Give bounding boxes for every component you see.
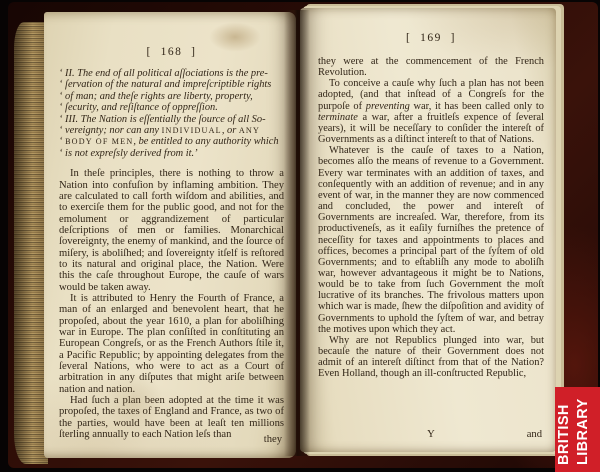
quote-line: ‘ is not expreſsly derived from it.’ bbox=[59, 148, 284, 159]
text-run: Had ſuch a plan been adopted at the time… bbox=[59, 395, 284, 440]
text-run: ‘ of man; and theſe rights are liberty, … bbox=[59, 91, 253, 102]
italic-text: preventing bbox=[366, 101, 410, 112]
paragraph: Why are not Republics plunged into war, … bbox=[318, 335, 544, 380]
smallcaps-text: INDIVIDUAL bbox=[162, 126, 222, 135]
left-page-text: In theſe principles, there is nothing to… bbox=[59, 168, 284, 440]
text-run: , be entitled to any authority which bbox=[133, 136, 278, 147]
quote-line: ‘ of man; and theſe rights are liberty, … bbox=[59, 91, 284, 102]
british-library-label-text: BRITISH LIBRARY bbox=[555, 387, 600, 472]
text-run: ‘ ſervation of the natural and impreſcri… bbox=[59, 79, 271, 90]
paragraph: To conceive a cauſe why ſuch a plan has … bbox=[318, 78, 544, 145]
label-word-library: LIBRARY bbox=[574, 387, 593, 465]
right-page-text: they were at the commencement of the Fre… bbox=[318, 56, 544, 380]
signature-line: Y and bbox=[318, 429, 544, 440]
text-run: they were at the commencement of the Fre… bbox=[318, 56, 544, 78]
quote-line: ‘ II. The end of all political aſſociati… bbox=[59, 68, 284, 79]
label-word-british: BRITISH bbox=[555, 387, 574, 465]
text-run: Why are not Republics plunged into war, … bbox=[318, 335, 544, 379]
text-run: ‘ vereignty; nor can any bbox=[59, 125, 162, 136]
quote-line: ‘ vereignty; nor can any INDIVIDUAL, or … bbox=[59, 125, 284, 136]
paragraph: Whatever is the cauſe of taxes to a Nati… bbox=[318, 145, 544, 335]
quote-block: ‘ II. The end of all political aſſociati… bbox=[59, 68, 284, 159]
page-stack-fore-edge bbox=[14, 22, 48, 464]
page-number-right: [ 169 ] bbox=[318, 32, 544, 44]
text-run: ‘ is not expreſsly derived from it.’ bbox=[59, 148, 198, 159]
text-run: , or bbox=[222, 125, 239, 136]
paragraph: they were at the commencement of the Fre… bbox=[318, 56, 544, 78]
quote-line: ‘ BODY OF MEN, be entitled to any author… bbox=[59, 136, 284, 147]
italic-text: terminate bbox=[318, 112, 358, 123]
catchword-left: they bbox=[264, 434, 282, 445]
quote-line: ‘ III. The Nation is eſſentially the ſou… bbox=[59, 114, 284, 125]
signature-mark: Y bbox=[427, 429, 435, 440]
book-page-left: [ 168 ] ‘ II. The end of all political a… bbox=[44, 12, 296, 458]
smallcaps-text: BODY OF MEN bbox=[65, 137, 133, 146]
book-page-right: [ 169 ] they were at the commencement of… bbox=[300, 8, 556, 452]
paragraph: Had ſuch a plan been adopted at the time… bbox=[59, 395, 284, 440]
book-scan: [ 168 ] ‘ II. The end of all political a… bbox=[0, 0, 600, 472]
smallcaps-text: ANY bbox=[239, 126, 260, 135]
catchword-right: and bbox=[527, 429, 542, 440]
quote-line: ‘ ſecurity, and reſiſtance of oppreſſion… bbox=[59, 102, 284, 113]
paragraph: In theſe principles, there is nothing to… bbox=[59, 168, 284, 293]
page-number-left: [ 168 ] bbox=[59, 46, 284, 58]
text-run: ‘ II. The end of all political aſſociati… bbox=[59, 68, 268, 79]
text-run: ‘ ſecurity, and reſiſtance of oppreſſion… bbox=[59, 102, 218, 113]
text-run: ‘ III. The Nation is eſſentially the ſou… bbox=[59, 114, 266, 125]
text-run: Whatever is the cauſe of taxes to a Nati… bbox=[318, 145, 544, 335]
text-run: In theſe principles, there is nothing to… bbox=[59, 168, 284, 292]
british-library-label: BRITISH LIBRARY bbox=[555, 387, 600, 472]
text-run: It is attributed to Henry the Fourth of … bbox=[59, 293, 284, 395]
text-run: war, it has been called only to bbox=[410, 101, 544, 112]
paragraph: It is attributed to Henry the Fourth of … bbox=[59, 293, 284, 395]
quote-line: ‘ ſervation of the natural and impreſcri… bbox=[59, 79, 284, 90]
